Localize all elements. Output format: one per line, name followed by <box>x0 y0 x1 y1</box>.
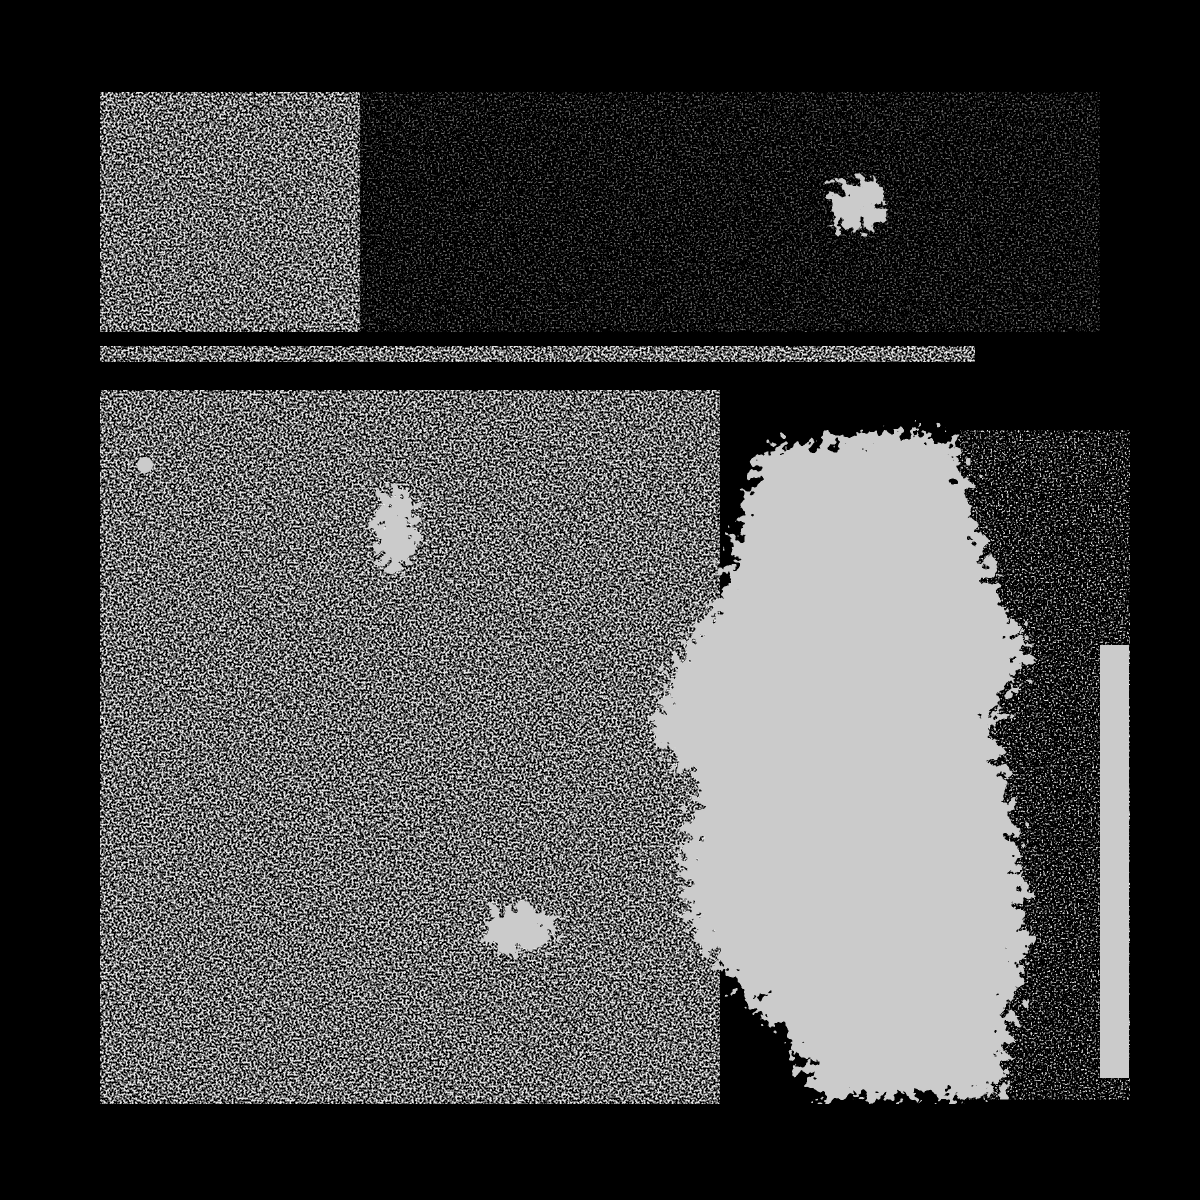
top-band <box>360 92 1100 332</box>
horizontal-strip <box>100 346 975 362</box>
thresholded-forest-photo <box>0 0 1200 1200</box>
sun-glow <box>830 179 886 231</box>
vertical-bar <box>1100 645 1129 1078</box>
sky-patch <box>373 490 417 570</box>
photo-canvas <box>0 0 1200 1200</box>
left-canopy <box>100 390 720 1105</box>
top-left-haze <box>100 92 360 332</box>
sky-patch <box>137 457 153 473</box>
sky-patch <box>485 905 555 955</box>
